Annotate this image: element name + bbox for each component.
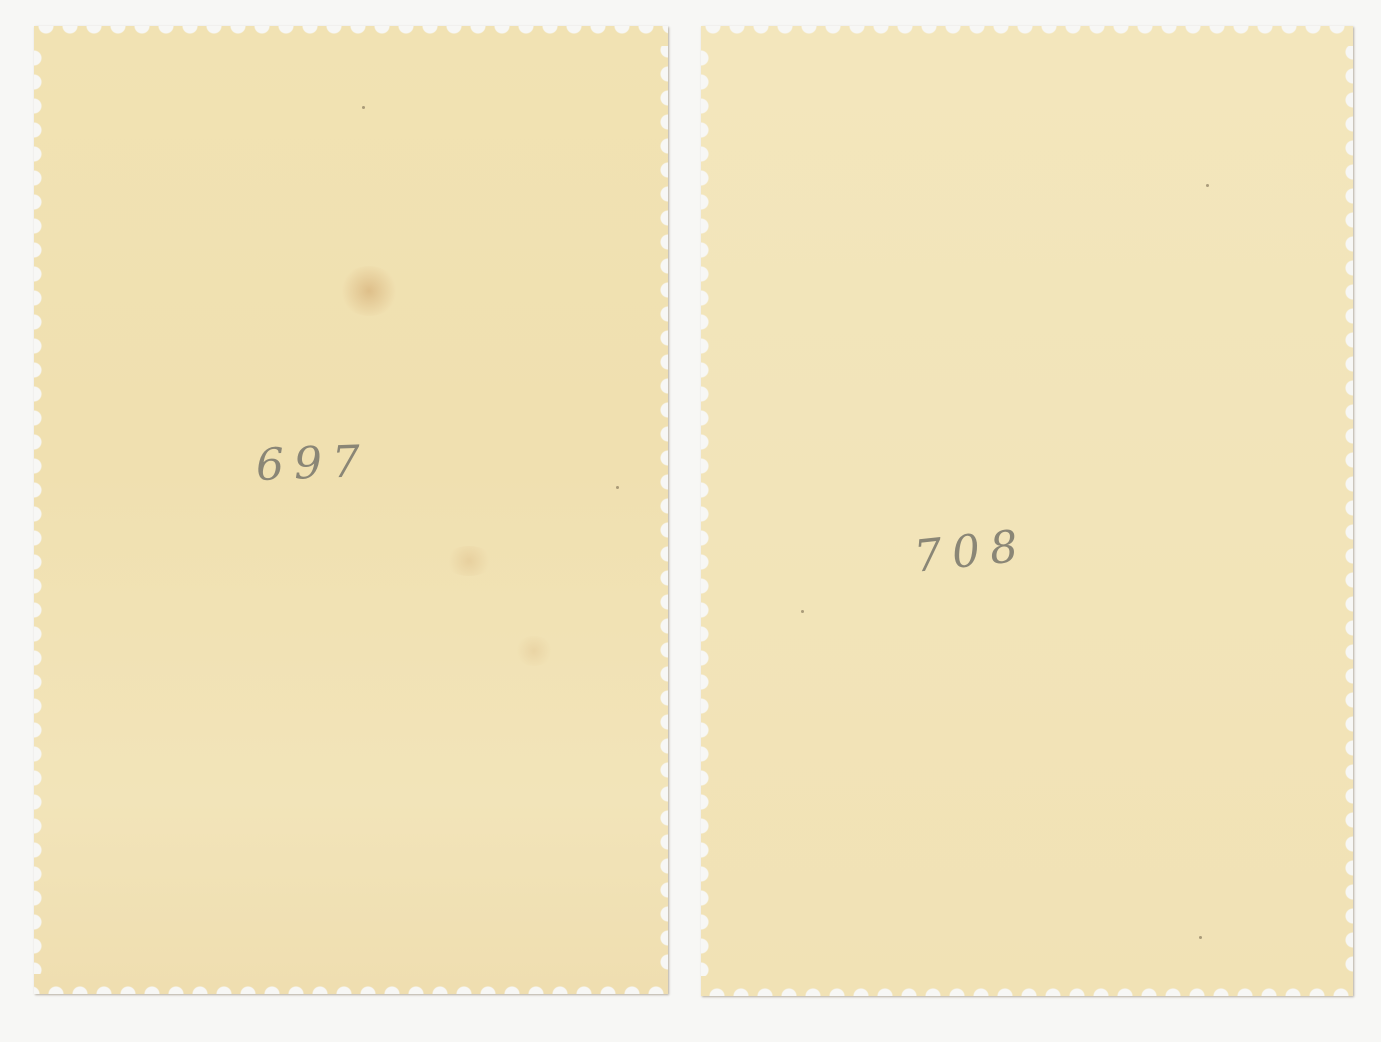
dust-speck — [801, 610, 804, 613]
scalloped-edge-left — [34, 46, 42, 974]
dust-speck — [362, 106, 365, 109]
stain-spot — [514, 636, 554, 666]
dust-speck — [1206, 184, 1209, 187]
scalloped-edge-top — [701, 26, 1353, 34]
card-back-right: 708 — [701, 26, 1353, 996]
dust-speck — [616, 486, 619, 489]
handwritten-number: 708 — [912, 520, 1031, 583]
scalloped-edge-right — [1345, 46, 1353, 976]
stain-spot — [339, 266, 399, 316]
handwritten-number: 697 — [255, 436, 371, 491]
scalloped-edge-right — [660, 46, 668, 974]
stain-spot — [444, 546, 494, 576]
scalloped-edge-left — [701, 46, 709, 976]
card-back-left: 697 — [34, 26, 668, 994]
dust-speck — [1199, 936, 1202, 939]
scalloped-edge-top — [34, 26, 668, 34]
scalloped-edge-bottom — [701, 988, 1353, 996]
scalloped-edge-bottom — [34, 986, 668, 994]
